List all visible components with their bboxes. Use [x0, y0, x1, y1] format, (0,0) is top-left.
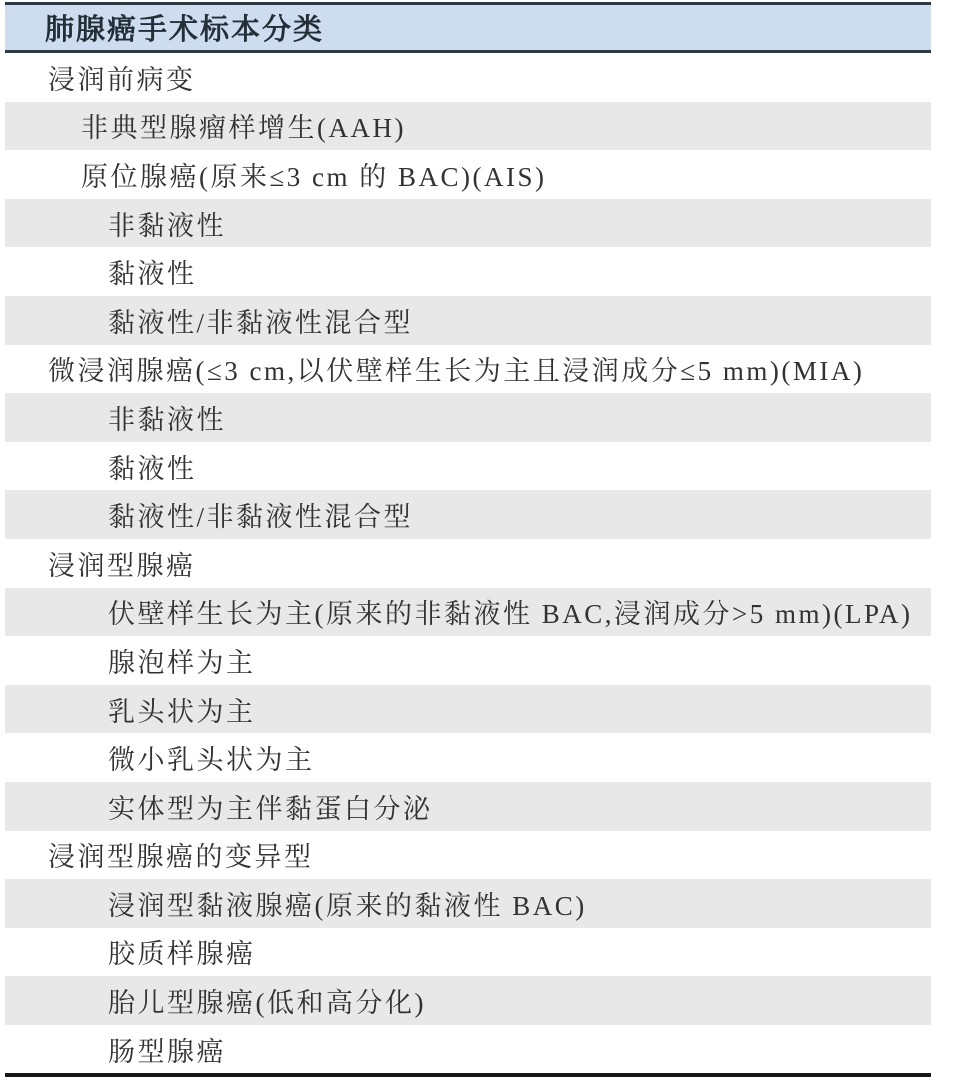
row-label: 浸润型黏液腺癌(原来的黏液性 BAC): [108, 884, 587, 923]
row-label: 浸润型腺癌的变异型: [48, 835, 314, 874]
row-label: 非黏液性: [108, 204, 226, 243]
row-label: 乳头状为主: [108, 690, 256, 729]
row-label: 胎儿型腺癌(低和高分化): [108, 981, 426, 1020]
table-row: 黏液性/非黏液性混合型: [5, 296, 931, 345]
table-row: 黏液性/非黏液性混合型: [5, 490, 931, 539]
table-row: 原位腺癌(原来≤3 cm 的 BAC)(AIS): [5, 150, 931, 199]
table-header-band: 肺腺癌手术标本分类: [5, 2, 931, 53]
row-label: 肠型腺癌: [108, 1030, 226, 1069]
table-row: 肠型腺癌: [5, 1025, 931, 1074]
row-label: 腺泡样为主: [108, 641, 256, 680]
table-row: 非典型腺瘤样增生(AAH): [5, 102, 931, 151]
table-row: 微浸润腺癌(≤3 cm,以伏壁样生长为主且浸润成分≤5 mm)(MIA): [5, 345, 931, 394]
table-row: 黏液性: [5, 247, 931, 296]
table-body: 浸润前病变 非典型腺瘤样增生(AAH) 原位腺癌(原来≤3 cm 的 BAC)(…: [5, 53, 931, 1073]
classification-table: 肺腺癌手术标本分类 浸润前病变 非典型腺瘤样增生(AAH) 原位腺癌(原来≤3 …: [5, 2, 931, 1077]
row-label: 黏液性: [108, 252, 197, 291]
table-row: 腺泡样为主: [5, 636, 931, 685]
table-bottom-border: [5, 1073, 931, 1077]
row-label: 黏液性/非黏液性混合型: [108, 301, 413, 340]
row-label: 浸润前病变: [48, 58, 196, 97]
row-label: 实体型为主伴黏蛋白分泌: [108, 787, 433, 826]
table-row: 微小乳头状为主: [5, 733, 931, 782]
row-label: 微浸润腺癌(≤3 cm,以伏壁样生长为主且浸润成分≤5 mm)(MIA): [48, 349, 864, 388]
table-row: 实体型为主伴黏蛋白分泌: [5, 782, 931, 831]
row-label: 原位腺癌(原来≤3 cm 的 BAC)(AIS): [81, 155, 547, 194]
table-row: 胶质样腺癌: [5, 928, 931, 977]
row-label: 非黏液性: [108, 398, 226, 437]
row-label: 黏液性: [108, 447, 197, 486]
page: 肺腺癌手术标本分类 浸润前病变 非典型腺瘤样增生(AAH) 原位腺癌(原来≤3 …: [0, 0, 963, 1086]
table-row: 黏液性: [5, 442, 931, 491]
table-row: 非黏液性: [5, 199, 931, 248]
table-title: 肺腺癌手术标本分类: [45, 7, 324, 48]
row-label: 胶质样腺癌: [108, 932, 256, 971]
table-row: 浸润前病变: [5, 53, 931, 102]
row-label: 微小乳头状为主: [108, 738, 315, 777]
table-row: 浸润型腺癌的变异型: [5, 831, 931, 880]
table-row: 乳头状为主: [5, 685, 931, 734]
row-label: 非典型腺瘤样增生(AAH): [81, 106, 406, 145]
table-row: 胎儿型腺癌(低和高分化): [5, 976, 931, 1025]
table-row: 非黏液性: [5, 393, 931, 442]
table-row: 浸润型腺癌: [5, 539, 931, 588]
row-label: 伏壁样生长为主(原来的非黏液性 BAC,浸润成分>5 mm)(LPA): [108, 592, 913, 631]
table-row: 伏壁样生长为主(原来的非黏液性 BAC,浸润成分>5 mm)(LPA): [5, 588, 931, 637]
row-label: 浸润型腺癌: [48, 544, 196, 583]
table-row: 浸润型黏液腺癌(原来的黏液性 BAC): [5, 879, 931, 928]
row-label: 黏液性/非黏液性混合型: [108, 495, 413, 534]
